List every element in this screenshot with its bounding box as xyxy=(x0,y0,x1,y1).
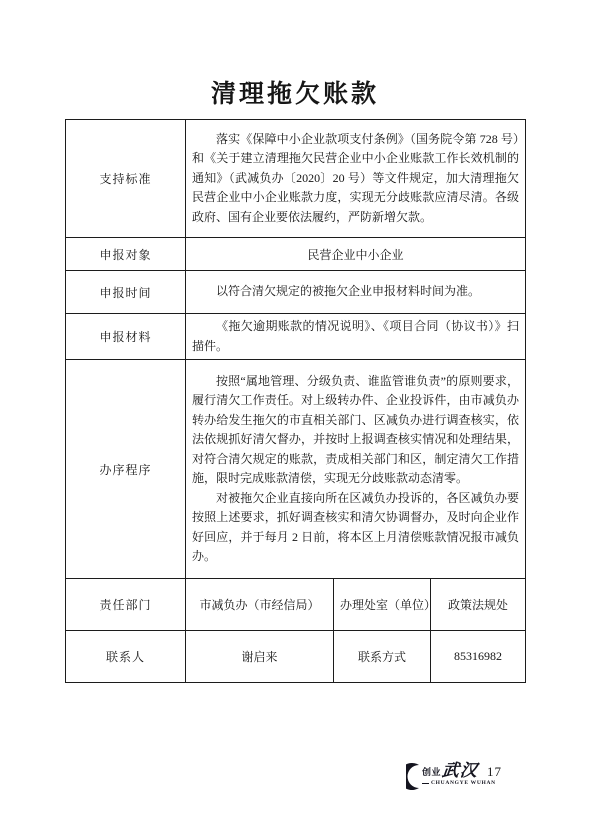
support-standard-cell: 落实《保障中小企业款项支付条例》（国务院令第 728 号）和《关于建立清理拖欠民… xyxy=(186,120,526,238)
application-time-text: 以符合清欠规定的被拖欠企业申报材料时间为准。 xyxy=(192,282,519,302)
contact-method-label: 联系方式 xyxy=(334,631,431,683)
logo-cn-small-text: 创业 xyxy=(422,768,441,779)
contact-person-value: 谢启来 xyxy=(186,631,334,683)
responsible-department-value: 市减负办（市经信局） xyxy=(186,579,334,631)
row-label-application-target: 申报对象 xyxy=(66,238,186,271)
row-label-responsible-department: 责任部门 xyxy=(66,579,186,631)
table-row: 申报材料 《拖欠逾期账款的情况说明》、《项目合同（协议书）》扫描件。 xyxy=(66,314,526,360)
table-row: 联系人 谢启来 联系方式 85316982 xyxy=(66,631,526,683)
logo-en-text: CHUANGYE WUHAN xyxy=(422,780,496,786)
application-target-text: 民营企业中小企业 xyxy=(186,238,526,271)
table-row: 办序程序 按照“属地管理、分级负责、谁监管谁负责”的原则要求，履行清欠工作责任。… xyxy=(66,360,526,579)
footer-logo-text: 创业 武汉 CHUANGYE WUHAN xyxy=(422,762,496,786)
logo-cn-brush-text: 武汉 xyxy=(441,762,479,779)
crescent-moon-icon xyxy=(406,763,421,790)
procedure-paragraph-2: 对被拖欠企业直接向所在区减负办投诉的，各区减负办要按照上述要求，抓好调查核实和清… xyxy=(192,489,519,567)
table-row: 支持标准 落实《保障中小企业款项支付条例》（国务院令第 728 号）和《关于建立… xyxy=(66,120,526,238)
application-materials-cell: 《拖欠逾期账款的情况说明》、《项目合同（协议书）》扫描件。 xyxy=(186,314,526,360)
page-title: 清理拖欠账款 xyxy=(0,74,590,110)
row-label-procedure: 办序程序 xyxy=(66,360,186,579)
procedure-paragraph-1: 按照“属地管理、分级负责、谁监管谁负责”的原则要求，履行清欠工作责任。对上级转办… xyxy=(192,372,519,489)
footer-logo: 创业 武汉 CHUANGYE WUHAN xyxy=(406,762,496,790)
contact-phone-value: 85316982 xyxy=(431,631,526,683)
application-time-cell: 以符合清欠规定的被拖欠企业申报材料时间为准。 xyxy=(186,271,526,314)
support-standard-text: 落实《保障中小企业款项支付条例》（国务院令第 728 号）和《关于建立清理拖欠民… xyxy=(192,130,519,228)
row-label-application-time: 申报时间 xyxy=(66,271,186,314)
row-label-contact-person: 联系人 xyxy=(66,631,186,683)
handling-office-value: 政策法规处 xyxy=(431,579,526,631)
application-materials-text: 《拖欠逾期账款的情况说明》、《项目合同（协议书）》扫描件。 xyxy=(192,317,519,356)
handling-office-label: 办理处室（单位） xyxy=(334,579,431,631)
table-row: 申报对象 民营企业中小企业 xyxy=(66,238,526,271)
table-row: 申报时间 以符合清欠规定的被拖欠企业申报材料时间为准。 xyxy=(66,271,526,314)
procedure-cell: 按照“属地管理、分级负责、谁监管谁负责”的原则要求，履行清欠工作责任。对上级转办… xyxy=(186,360,526,579)
row-label-application-materials: 申报材料 xyxy=(66,314,186,360)
policy-table: 支持标准 落实《保障中小企业款项支付条例》（国务院令第 728 号）和《关于建立… xyxy=(65,119,526,683)
page-number: 17 xyxy=(487,764,502,780)
row-label-support-standard: 支持标准 xyxy=(66,120,186,238)
table-row: 责任部门 市减负办（市经信局） 办理处室（单位） 政策法规处 xyxy=(66,579,526,631)
